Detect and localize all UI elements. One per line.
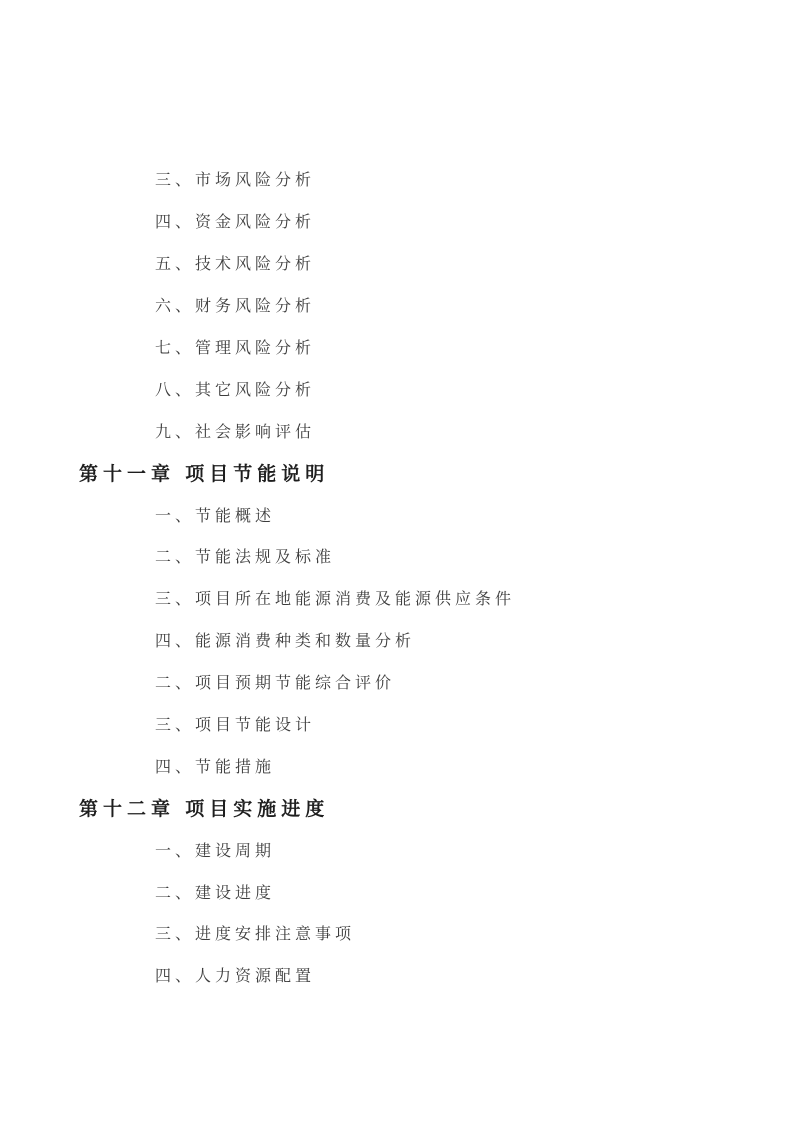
table-of-contents: 三、市场风险分析四、资金风险分析五、技术风险分析六、财务风险分析七、管理风险分析…: [0, 158, 793, 996]
toc-item: 二、节能法规及标准: [0, 535, 793, 577]
toc-item: 三、进度安排注意事项: [0, 912, 793, 954]
toc-item: 七、管理风险分析: [0, 326, 793, 368]
toc-item: 九、社会影响评估: [0, 409, 793, 451]
toc-item: 四、资金风险分析: [0, 200, 793, 242]
document-page: 三、市场风险分析四、资金风险分析五、技术风险分析六、财务风险分析七、管理风险分析…: [0, 0, 793, 1122]
chapter-heading: 第十一章 项目节能说明: [0, 451, 793, 493]
chapter-heading: 第十二章 项目实施进度: [0, 786, 793, 828]
toc-item: 四、人力资源配置: [0, 954, 793, 996]
toc-item: 一、建设周期: [0, 828, 793, 870]
toc-item: 三、项目所在地能源消费及能源供应条件: [0, 577, 793, 619]
toc-item: 三、市场风险分析: [0, 158, 793, 200]
toc-item: 六、财务风险分析: [0, 284, 793, 326]
toc-item: 一、节能概述: [0, 493, 793, 535]
toc-item: 二、建设进度: [0, 870, 793, 912]
toc-item: 八、其它风险分析: [0, 367, 793, 409]
toc-item: 四、能源消费种类和数量分析: [0, 619, 793, 661]
toc-item: 五、技术风险分析: [0, 242, 793, 284]
toc-item: 三、项目节能设计: [0, 703, 793, 745]
toc-item: 四、节能措施: [0, 744, 793, 786]
toc-item: 二、项目预期节能综合评价: [0, 661, 793, 703]
